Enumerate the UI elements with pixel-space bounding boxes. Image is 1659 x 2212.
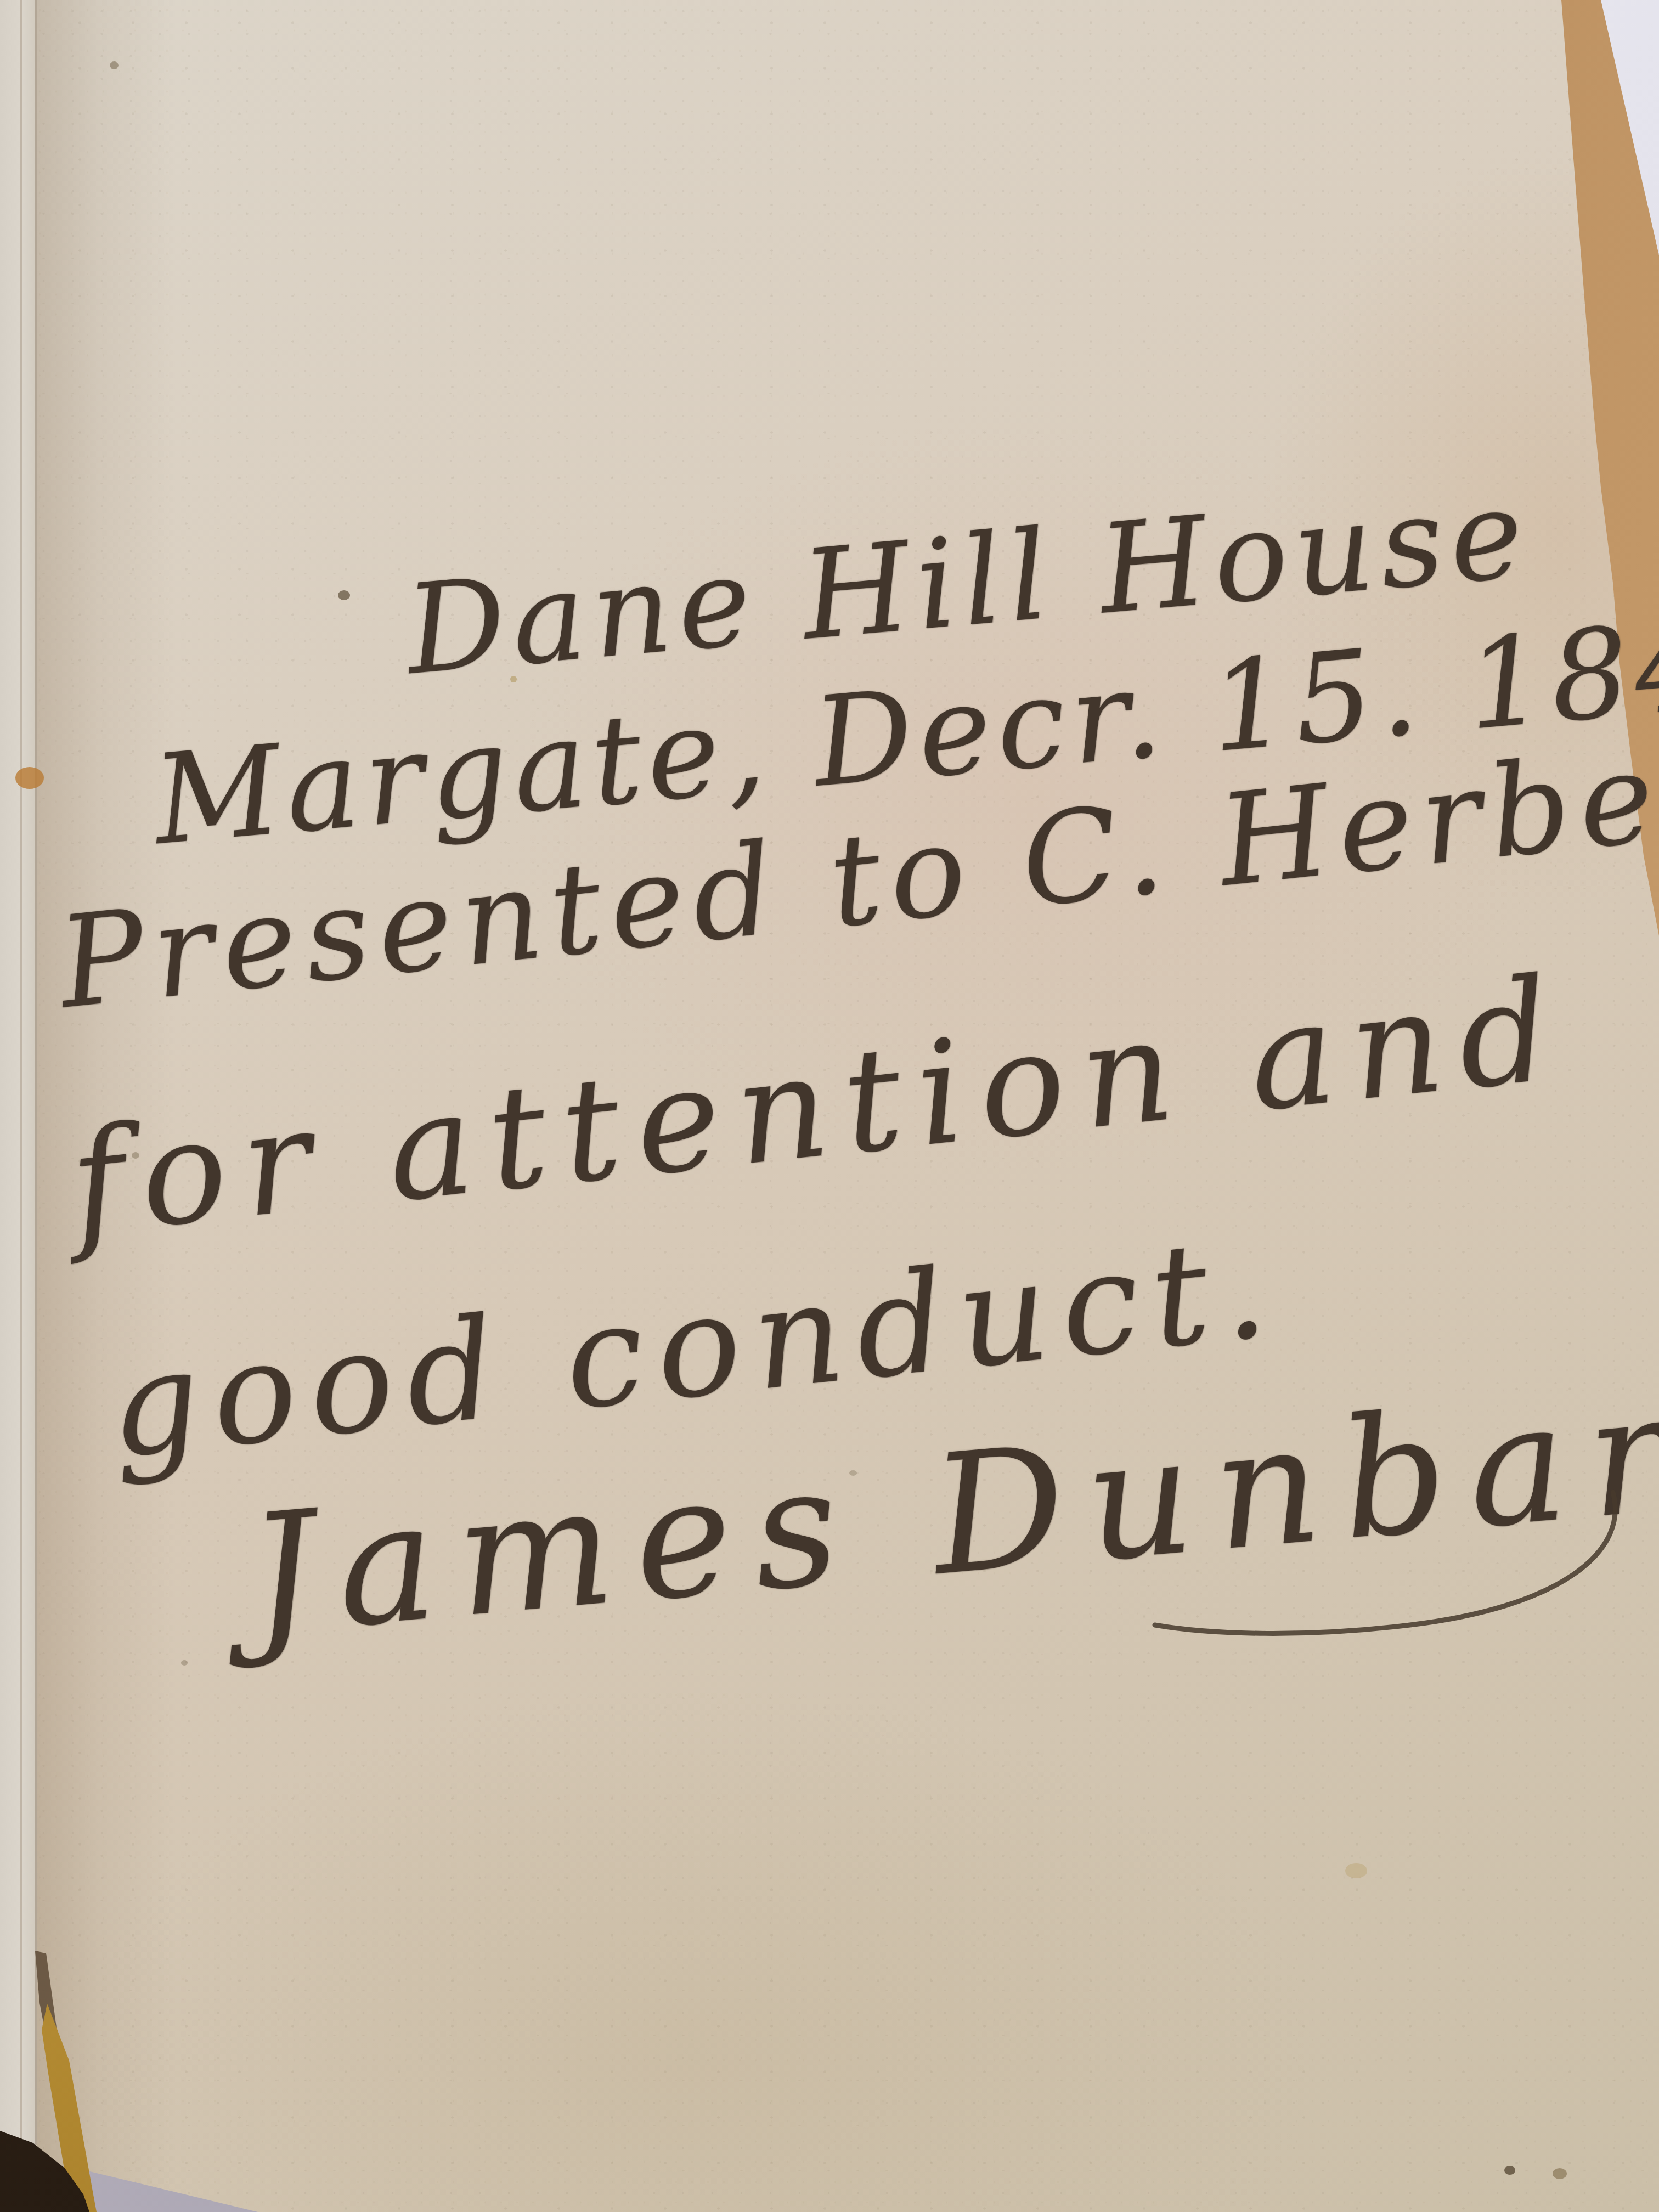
foxing-spot: [1504, 2166, 1515, 2175]
foxing-spot: [338, 590, 350, 600]
foxing-spot: [1553, 2168, 1567, 2179]
foxing-spot: [15, 767, 44, 789]
foxing-spot: [849, 1470, 857, 1476]
book-endpaper-photo: Dane Hill House Margate, Decr. 15. 1845 …: [0, 0, 1659, 2212]
foxing-spot: [510, 676, 517, 682]
foxing-spot: [1345, 1863, 1367, 1878]
foxing-spot: [132, 1152, 139, 1159]
gutter-crease: [20, 0, 22, 2145]
book-cover-edge: [0, 0, 37, 2145]
signature-flourish: [1125, 1476, 1646, 1657]
foxing-spot: [181, 1660, 188, 1666]
foxing-spot: [110, 61, 119, 69]
